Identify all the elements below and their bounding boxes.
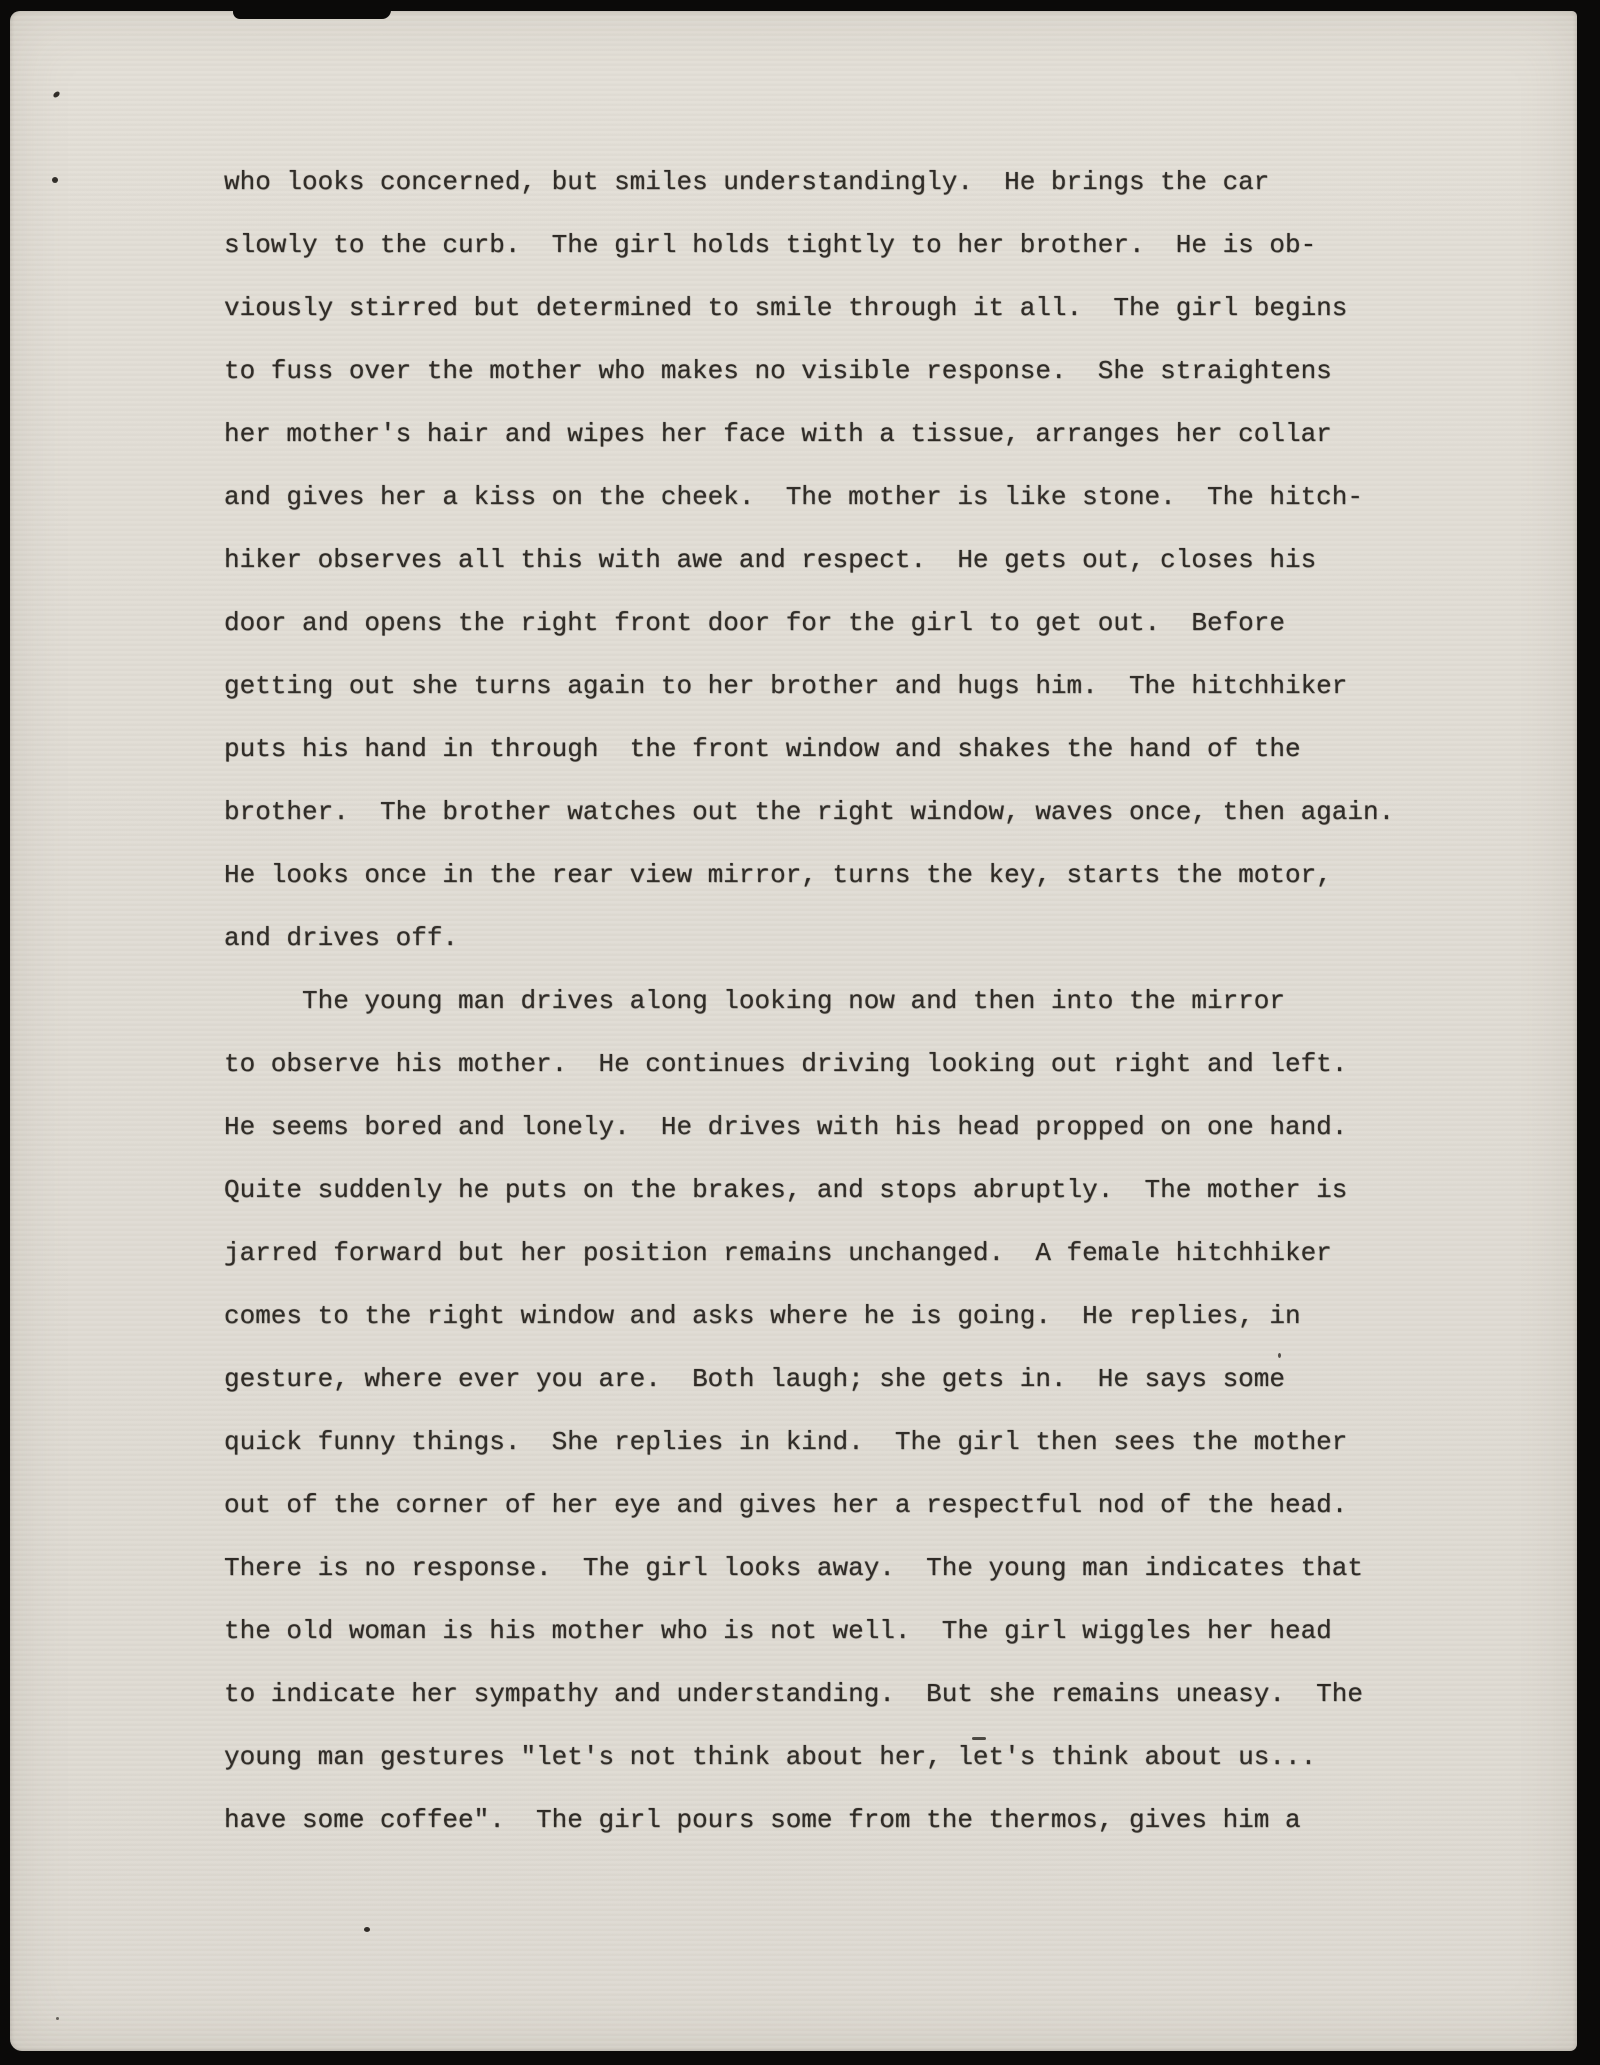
typed-line: her mother's hair and wipes her face wit… [224,403,1464,466]
typed-line: to indicate her sympathy and understandi… [224,1663,1464,1726]
typed-line: who looks concerned, but smiles understa… [224,151,1464,214]
typed-line: young man gestures "let's not think abou… [224,1726,1464,1789]
typed-line: puts his hand in through the front windo… [224,718,1464,781]
typed-line: and gives her a kiss on the cheek. The m… [224,466,1464,529]
typed-line: The young man drives along looking now a… [224,970,1464,1033]
typed-line: out of the corner of her eye and gives h… [224,1474,1464,1537]
typed-line: the old woman is his mother who is not w… [224,1600,1464,1663]
typed-line: getting out she turns again to her broth… [224,655,1464,718]
ink-speck [364,1927,370,1932]
typed-line: viously stirred but determined to smile … [224,277,1464,340]
typed-line: gesture, where ever you are. Both laugh;… [224,1348,1464,1411]
typed-line: Quite suddenly he puts on the brakes, an… [224,1159,1464,1222]
typed-line: slowly to the curb. The girl holds tight… [224,214,1464,277]
typed-line: hiker observes all this with awe and res… [224,529,1464,592]
manuscript-page: who looks concerned, but smiles understa… [10,11,1577,2051]
typed-line: comes to the right window and asks where… [224,1285,1464,1348]
ink-speck [52,177,58,183]
typed-line: He seems bored and lonely. He drives wit… [224,1096,1464,1159]
typed-line: to observe his mother. He continues driv… [224,1033,1464,1096]
typed-line: There is no response. The girl looks awa… [224,1537,1464,1600]
typed-line: door and opens the right front door for … [224,592,1464,655]
typed-line: jarred forward but her position remains … [224,1222,1464,1285]
ink-speck [52,90,60,99]
scan-artifact [233,0,391,19]
typewritten-text-block: who looks concerned, but smiles understa… [224,151,1464,1852]
typed-line: to fuss over the mother who makes no vis… [224,340,1464,403]
ink-speck [56,2017,59,2020]
typed-line: and drives off. [224,907,1464,970]
typed-line: brother. The brother watches out the rig… [224,781,1464,844]
typed-line: quick funny things. She replies in kind.… [224,1411,1464,1474]
typed-line: He looks once in the rear view mirror, t… [224,844,1464,907]
scan-background: who looks concerned, but smiles understa… [0,0,1600,2065]
typed-line: have some coffee". The girl pours some f… [224,1789,1464,1852]
